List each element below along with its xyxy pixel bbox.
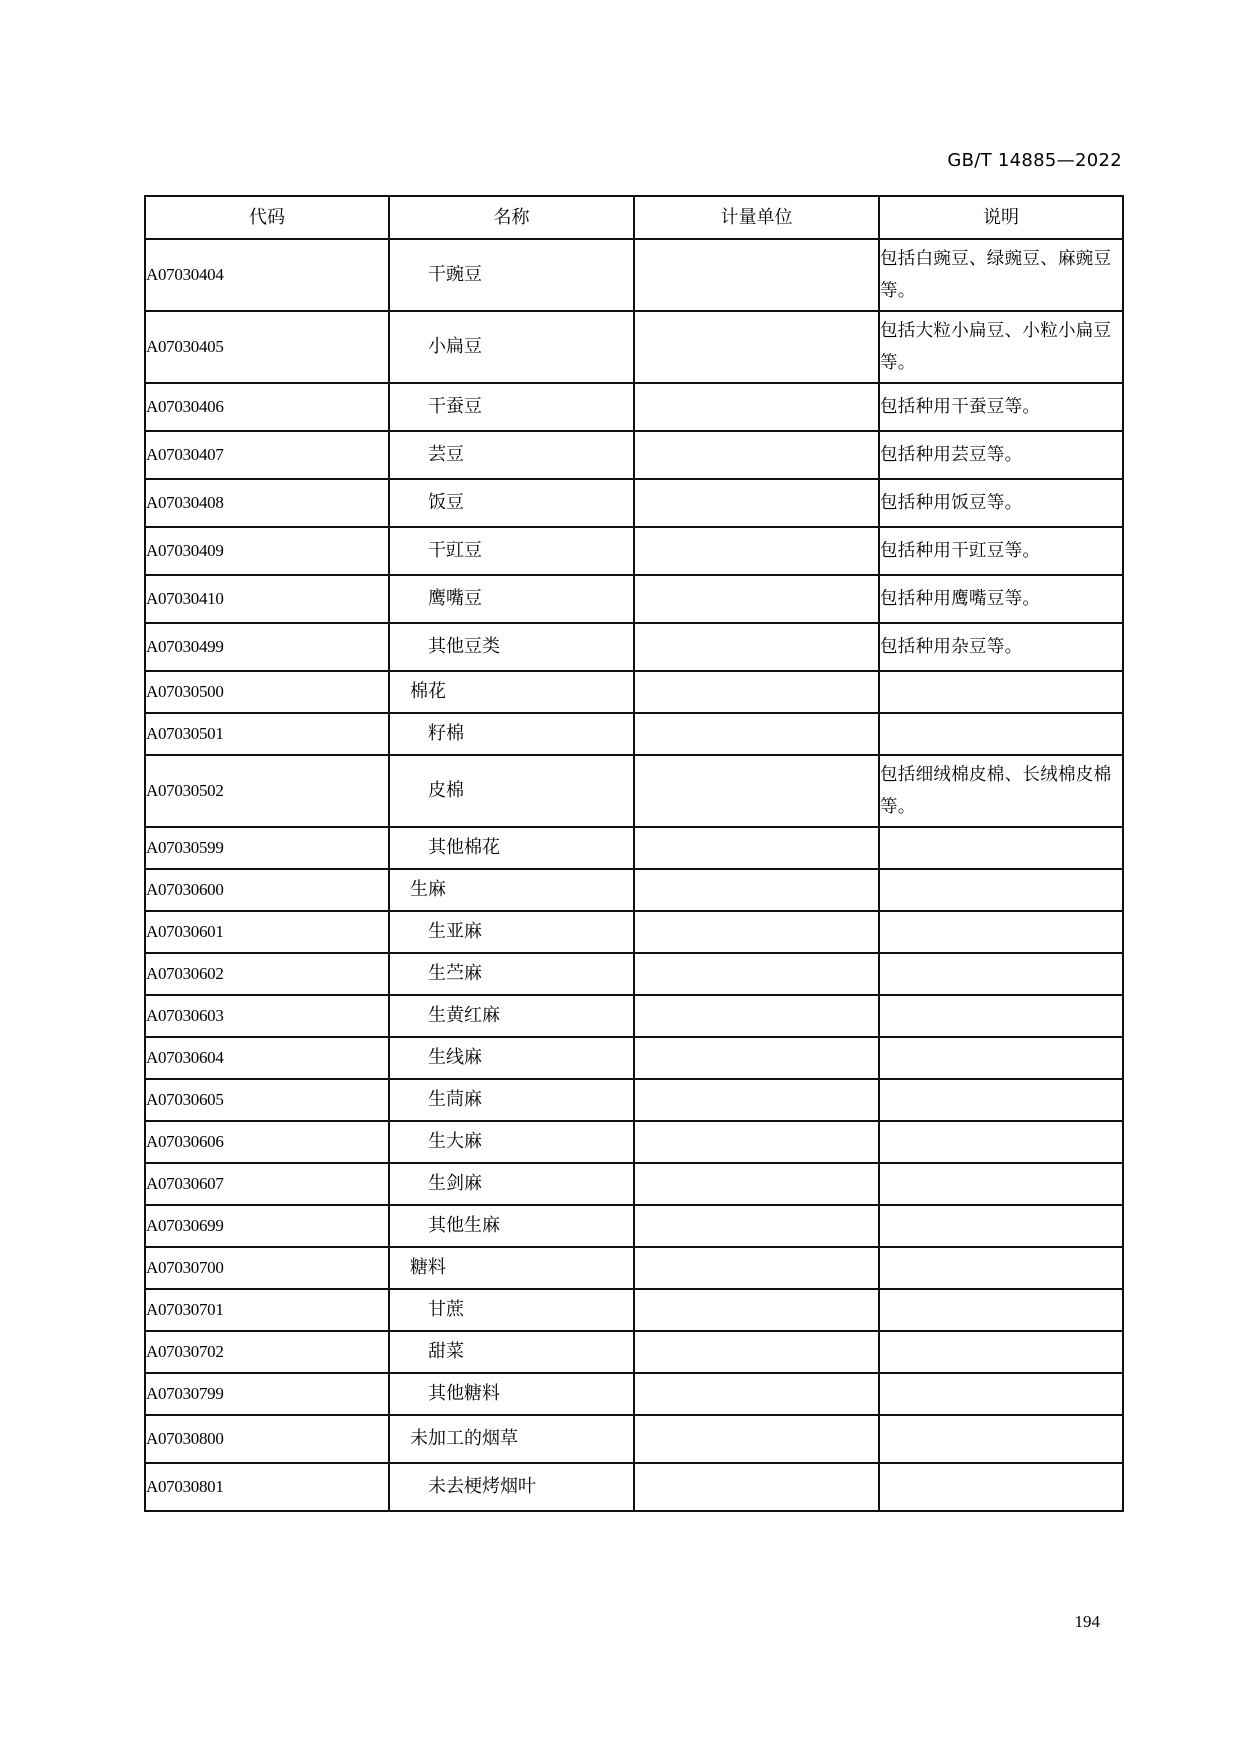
cell-name: 生苎麻 [389,953,634,995]
column-header-name: 名称 [389,196,634,239]
table-row: A07030606生大麻 [145,1121,1123,1163]
cell-code: A07030800 [145,1415,389,1463]
table-row: A07030500棉花 [145,671,1123,713]
cell-unit [634,575,879,623]
cell-unit [634,431,879,479]
cell-code: A07030699 [145,1205,389,1247]
cell-name: 干豇豆 [389,527,634,575]
table-row: A07030405小扁豆包括大粒小扁豆、小粒小扁豆等。 [145,311,1123,383]
cell-name: 生黄红麻 [389,995,634,1037]
cell-code: A07030606 [145,1121,389,1163]
cell-code: A07030500 [145,671,389,713]
cell-description [879,1463,1123,1511]
cell-code: A07030404 [145,239,389,311]
table-row: A07030502皮棉包括细绒棉皮棉、长绒棉皮棉等。 [145,755,1123,827]
cell-code: A07030408 [145,479,389,527]
table-row: A07030410鹰嘴豆包括种用鹰嘴豆等。 [145,575,1123,623]
cell-description: 包括种用杂豆等。 [879,623,1123,671]
cell-unit [634,1163,879,1205]
cell-code: A07030406 [145,383,389,431]
cell-unit [634,623,879,671]
cell-name: 生线麻 [389,1037,634,1079]
cell-name: 干豌豆 [389,239,634,311]
table-row: A07030800未加工的烟草 [145,1415,1123,1463]
cell-unit [634,755,879,827]
cell-code: A07030407 [145,431,389,479]
cell-code: A07030600 [145,869,389,911]
cell-unit [634,1463,879,1511]
table-row: A07030603生黄红麻 [145,995,1123,1037]
cell-unit [634,527,879,575]
cell-description: 包括种用干豇豆等。 [879,527,1123,575]
cell-unit [634,995,879,1037]
cell-unit [634,1247,879,1289]
cell-code: A07030405 [145,311,389,383]
cell-name: 籽棉 [389,713,634,755]
cell-description [879,827,1123,869]
cell-name: 其他生麻 [389,1205,634,1247]
cell-unit [634,1415,879,1463]
table-row: A07030408饭豆包括种用饭豆等。 [145,479,1123,527]
table-row: A07030407芸豆包括种用芸豆等。 [145,431,1123,479]
table-row: A07030499其他豆类包括种用杂豆等。 [145,623,1123,671]
table-row: A07030602生苎麻 [145,953,1123,995]
cell-code: A07030501 [145,713,389,755]
cell-description [879,1373,1123,1415]
cell-description: 包括白豌豆、绿豌豆、麻豌豆等。 [879,239,1123,311]
cell-code: A07030605 [145,1079,389,1121]
cell-name: 生亚麻 [389,911,634,953]
table-row: A07030605生茼麻 [145,1079,1123,1121]
cell-code: A07030801 [145,1463,389,1511]
cell-unit [634,239,879,311]
column-header-code: 代码 [145,196,389,239]
cell-description [879,911,1123,953]
cell-name: 糖料 [389,1247,634,1289]
cell-unit [634,1205,879,1247]
cell-code: A07030502 [145,755,389,827]
cell-unit [634,1079,879,1121]
cell-description [879,1205,1123,1247]
cell-description [879,713,1123,755]
cell-code: A07030700 [145,1247,389,1289]
cell-unit [634,953,879,995]
table-row: A07030600生麻 [145,869,1123,911]
cell-unit [634,713,879,755]
cell-name: 生麻 [389,869,634,911]
cell-description [879,1121,1123,1163]
cell-description [879,1331,1123,1373]
cell-description [879,1247,1123,1289]
cell-description: 包括种用芸豆等。 [879,431,1123,479]
cell-unit [634,869,879,911]
cell-name: 鹰嘴豆 [389,575,634,623]
cell-name: 其他棉花 [389,827,634,869]
cell-code: A07030799 [145,1373,389,1415]
cell-description [879,869,1123,911]
cell-description: 包括细绒棉皮棉、长绒棉皮棉等。 [879,755,1123,827]
cell-name: 其他糖料 [389,1373,634,1415]
cell-unit [634,1037,879,1079]
cell-code: A07030499 [145,623,389,671]
cell-name: 芸豆 [389,431,634,479]
cell-name: 其他豆类 [389,623,634,671]
table-body: A07030404干豌豆包括白豌豆、绿豌豆、麻豌豆等。A07030405小扁豆包… [145,239,1123,1511]
table-row: A07030700糖料 [145,1247,1123,1289]
table-row: A07030801未去梗烤烟叶 [145,1463,1123,1511]
table-row: A07030699其他生麻 [145,1205,1123,1247]
table-row: A07030501籽棉 [145,713,1123,755]
cell-description: 包括种用干蚕豆等。 [879,383,1123,431]
cell-code: A07030607 [145,1163,389,1205]
cell-code: A07030603 [145,995,389,1037]
cell-name: 甘蔗 [389,1289,634,1331]
cell-name: 生剑麻 [389,1163,634,1205]
standard-number: GB/T 14885—2022 [940,150,1122,171]
table-row: A07030599其他棉花 [145,827,1123,869]
table-row: A07030409干豇豆包括种用干豇豆等。 [145,527,1123,575]
cell-code: A07030701 [145,1289,389,1331]
cell-code: A07030601 [145,911,389,953]
cell-unit [634,1373,879,1415]
table-row: A07030406干蚕豆包括种用干蚕豆等。 [145,383,1123,431]
cell-unit [634,1289,879,1331]
cell-description [879,1289,1123,1331]
cell-name: 小扁豆 [389,311,634,383]
cell-code: A07030604 [145,1037,389,1079]
table-row: A07030404干豌豆包括白豌豆、绿豌豆、麻豌豆等。 [145,239,1123,311]
cell-description [879,671,1123,713]
cell-name: 饭豆 [389,479,634,527]
column-header-description: 说明 [879,196,1123,239]
cell-description [879,1079,1123,1121]
cell-name: 皮棉 [389,755,634,827]
cell-name: 甜菜 [389,1331,634,1373]
cell-name: 干蚕豆 [389,383,634,431]
cell-unit [634,827,879,869]
cell-name: 生茼麻 [389,1079,634,1121]
cell-code: A07030409 [145,527,389,575]
table-row: A07030702甜菜 [145,1331,1123,1373]
cell-unit [634,911,879,953]
cell-description: 包括种用饭豆等。 [879,479,1123,527]
cell-unit [634,383,879,431]
cell-unit [634,1121,879,1163]
cell-description [879,953,1123,995]
cell-name: 未去梗烤烟叶 [389,1463,634,1511]
cell-description [879,1037,1123,1079]
table-row: A07030701甘蔗 [145,1289,1123,1331]
cell-unit [634,1331,879,1373]
cell-unit [634,479,879,527]
table-row: A07030601生亚麻 [145,911,1123,953]
column-header-unit: 计量单位 [634,196,879,239]
cell-description [879,1415,1123,1463]
cell-name: 棉花 [389,671,634,713]
cell-code: A07030602 [145,953,389,995]
cell-code: A07030410 [145,575,389,623]
table-row: A07030799其他糖料 [145,1373,1123,1415]
cell-description [879,1163,1123,1205]
table-row: A07030604生线麻 [145,1037,1123,1079]
table-header-row: 代码 名称 计量单位 说明 [145,196,1123,239]
cell-description [879,995,1123,1037]
cell-description: 包括大粒小扁豆、小粒小扁豆等。 [879,311,1123,383]
cell-name: 生大麻 [389,1121,634,1163]
cell-code: A07030702 [145,1331,389,1373]
page-number: 194 [1060,1612,1100,1632]
cell-unit [634,671,879,713]
cell-name: 未加工的烟草 [389,1415,634,1463]
classification-table: 代码 名称 计量单位 说明 A07030404干豌豆包括白豌豆、绿豌豆、麻豌豆等… [144,195,1124,1512]
cell-unit [634,311,879,383]
table-row: A07030607生剑麻 [145,1163,1123,1205]
cell-code: A07030599 [145,827,389,869]
cell-description: 包括种用鹰嘴豆等。 [879,575,1123,623]
